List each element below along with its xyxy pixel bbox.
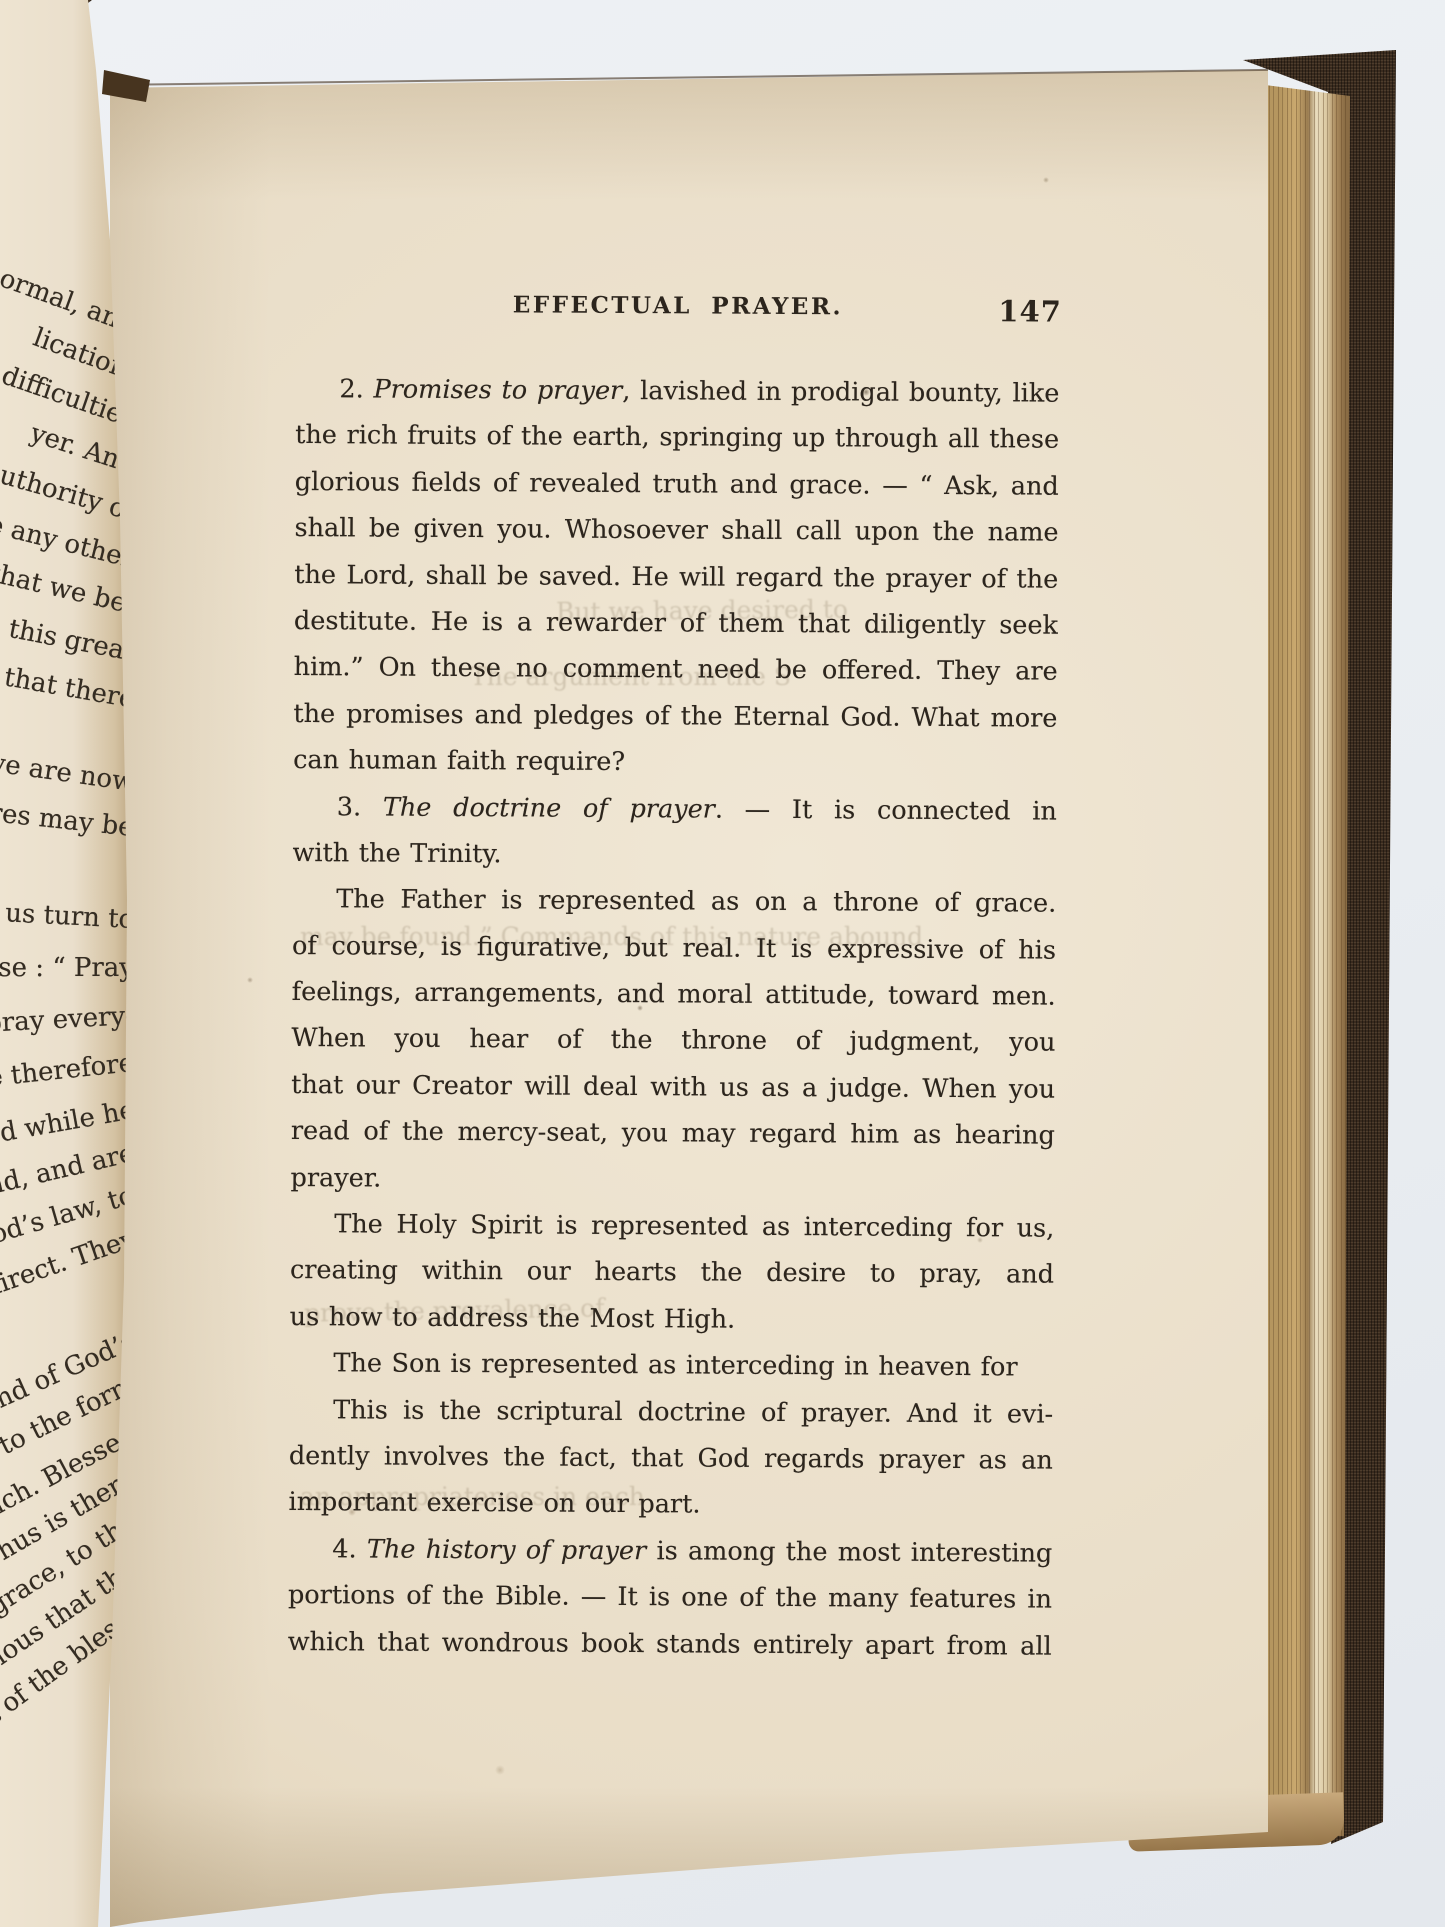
text-line: When you hear of the throne of judgment,… bbox=[291, 1015, 1055, 1066]
text-line: with the Trinity. bbox=[292, 830, 1056, 881]
text-line: 2. Promises to prayer, lavished in prodi… bbox=[295, 366, 1059, 417]
text-line: dently involves the fact, that God regar… bbox=[289, 1433, 1053, 1484]
text-line: the Lord, shall be saved. He will regard… bbox=[294, 552, 1058, 603]
text-line: destitute. He is a rewarder of them that… bbox=[294, 598, 1058, 649]
left-page-fragment: be therefore bbox=[0, 1048, 136, 1095]
text-line: the promises and pledges of the Eternal … bbox=[293, 691, 1057, 742]
text-line: which that wondrous book stands entirely… bbox=[288, 1619, 1052, 1670]
text-line: feelings, arrangements, and moral attitu… bbox=[292, 969, 1056, 1020]
left-page-fragment: res may be bbox=[0, 798, 136, 843]
text-line: read of the mercy-seat, you may regard h… bbox=[291, 1108, 1055, 1159]
text-line: The Father is represented as on a throne… bbox=[292, 876, 1056, 927]
left-page-fragment: , that there bbox=[0, 659, 137, 714]
running-header: EFFECTUAL PRAYER. bbox=[296, 290, 1060, 322]
left-page-fragment: n pray every- bbox=[0, 1001, 135, 1040]
text-line: him.” On these no comment need be offere… bbox=[294, 644, 1058, 695]
left-page-fragment: we are now bbox=[0, 747, 136, 798]
left-page-fragment: et us turn to bbox=[0, 896, 135, 934]
text-line: portions of the Bible. — It is one of th… bbox=[288, 1572, 1052, 1623]
text-line: The Holy Spirit is represented as interc… bbox=[290, 1201, 1054, 1252]
text-line: the rich fruits of the earth, springing … bbox=[295, 412, 1059, 463]
italic-phrase: The history of prayer bbox=[367, 1534, 647, 1566]
text-line: 3. The doctrine of prayer. — It is conne… bbox=[293, 784, 1057, 835]
page-number: 147 bbox=[998, 294, 1062, 328]
book-photo: But we have desired toThe argument from … bbox=[0, 0, 1445, 1927]
page-text-block: EFFECTUAL PRAYER. 147 2. Promises to pra… bbox=[288, 290, 1060, 1670]
italic-phrase: Promises to prayer bbox=[373, 374, 622, 406]
text-line: The Son is represented as interceding in… bbox=[289, 1340, 1053, 1391]
text-line: important exercise on our part. bbox=[288, 1479, 1052, 1530]
left-page-fragment: ese : “ Pray bbox=[0, 953, 134, 983]
text-line: can human faith require? bbox=[293, 737, 1057, 788]
text-line: 4. The history of prayer is among the mo… bbox=[288, 1526, 1052, 1577]
italic-phrase: The doctrine of prayer bbox=[383, 792, 715, 824]
text-line: This is the scriptural doctrine of praye… bbox=[289, 1387, 1053, 1438]
left-page-fragment: e this great bbox=[0, 609, 137, 667]
body-lines: 2. Promises to prayer, lavished in prodi… bbox=[288, 366, 1060, 1670]
text-line: prayer. bbox=[290, 1155, 1054, 1206]
text-line: creating within our hearts the desire to… bbox=[290, 1247, 1054, 1298]
text-line: us how to address the Most High. bbox=[290, 1294, 1054, 1345]
text-line: of course, is figurative, but real. It i… bbox=[292, 923, 1056, 974]
text-line: that our Creator will deal with us as a … bbox=[291, 1062, 1055, 1113]
text-line: shall be given you. Whosoever shall call… bbox=[294, 505, 1058, 556]
page-header-row: EFFECTUAL PRAYER. 147 bbox=[296, 290, 1060, 331]
text-line: glorious fields of revealed truth and gr… bbox=[295, 459, 1059, 510]
